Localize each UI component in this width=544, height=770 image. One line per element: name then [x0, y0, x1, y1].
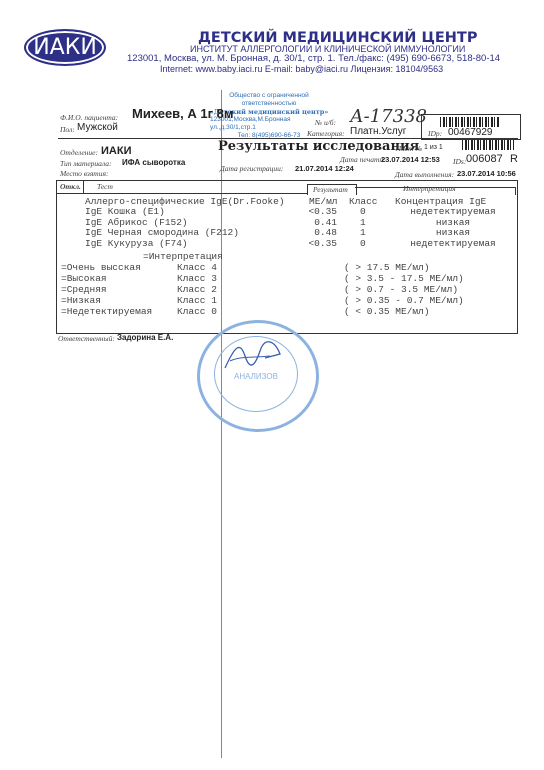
sheet-value: 1 из 1 [424, 144, 443, 151]
legend-range: ( > 3.5 - 17.5 МЕ/мл) [344, 273, 464, 284]
clinic-address: 123001, Москва, ул. М. Бронная, д. 30/1,… [127, 53, 500, 64]
signature [220, 336, 290, 376]
idr-box: IDр: 00467929 [421, 114, 521, 140]
legend-class: Класс 4 [177, 262, 217, 273]
legend-level: =Средняя [61, 284, 107, 295]
responsible-label: Ответственный: [58, 334, 115, 343]
test-interpretation: низкая [395, 227, 511, 238]
report-title: Результаты исследования [218, 139, 419, 154]
divider [83, 193, 307, 194]
test-name: IgE Черная смородина (F212) [85, 227, 239, 238]
legend-range: ( > 0.35 - 0.7 МЕ/мл) [344, 295, 464, 306]
dept-label: Отделение: [60, 148, 98, 157]
legend-range: ( > 17.5 МЕ/мл) [344, 262, 430, 273]
patient-sex-label: Пол: [60, 125, 75, 134]
col-interp-header: Интерпретация [355, 187, 516, 195]
legend-range: ( > 0.7 - 3.5 МЕ/мл) [344, 284, 458, 295]
col-mark-label: Откл. [60, 182, 81, 191]
legend-class: Класс 3 [177, 273, 217, 284]
ids-label: IDs: [453, 157, 466, 166]
dept: ИАКИ [101, 145, 131, 157]
reg-date-label: Дата регистрации: [220, 164, 283, 173]
ids-value: 006087 [466, 153, 503, 165]
legend-range: ( < 0.35 МЕ/мл) [344, 306, 430, 317]
sheet-label: Лист № [396, 144, 423, 153]
material: ИФА сыворотка [122, 158, 185, 167]
place-label: Место взятия: [60, 169, 108, 178]
logo-text: ИАКИ [33, 35, 97, 60]
legend-level: =Низкая [61, 295, 101, 306]
col-result-header: Результат [307, 184, 357, 195]
results-table: Откл. Тест Результат Интерпретация Аллер… [56, 180, 518, 334]
patient-name: Михеев, А 1г 8м [132, 106, 234, 121]
test-value: 0.41 [297, 217, 337, 228]
legend-class: Класс 2 [177, 284, 217, 295]
test-value: <0.35 [297, 238, 337, 249]
idr-value: 00467929 [448, 127, 493, 138]
print-date: 23.07.2014 12:53 [381, 155, 440, 164]
ids-suffix: R [510, 153, 518, 165]
test-class: 1 [360, 217, 366, 228]
barcode [440, 117, 500, 127]
legend-title: =Интерпретация [143, 251, 223, 262]
idr-label: IDр: [428, 129, 442, 138]
col-test-label: Тест [97, 182, 113, 191]
clinic-contacts: Internet: www.baby.iaci.ru E-mail: baby@… [160, 64, 443, 74]
done-date-label: Дата выполнения: [395, 170, 454, 179]
print-date-label: Дата печати: [340, 155, 386, 164]
test-value: 0.48 [297, 227, 337, 238]
legend-level: =Недетектируемая [61, 306, 152, 317]
category: Платн.Услуг [350, 126, 406, 137]
test-name: IgE Кукуруза (F74) [85, 238, 188, 249]
col-mark-header: Откл. [57, 181, 84, 194]
test-value: <0.35 [297, 206, 337, 217]
test-class: 0 [360, 206, 366, 217]
test-interpretation: недетектируемая [395, 206, 511, 217]
test-class: 0 [360, 238, 366, 249]
test-class: 1 [360, 227, 366, 238]
legend-level: =Высокая [61, 273, 107, 284]
col-interp-label: Интерпретация [403, 184, 456, 193]
test-interpretation: недетектируемая [395, 238, 511, 249]
iaki-logo: ИАКИ [24, 29, 106, 66]
test-name: IgE Кошка (E1) [85, 206, 165, 217]
material-label: Тип материала: [60, 159, 112, 168]
barcode [462, 140, 514, 150]
patient-sex: Мужской [77, 122, 118, 133]
test-interpretation: низкая [395, 217, 511, 228]
category-label: Категория: [307, 129, 345, 138]
legend-class: Класс 1 [177, 295, 217, 306]
card-number: А-17338 [350, 106, 427, 127]
responsible-name: Задорина Е.А. [117, 333, 173, 342]
card-number-label: № и/б: [315, 118, 336, 127]
test-name: IgE Абрикос (F152) [85, 217, 188, 228]
reg-date: 21.07.2014 12:24 [295, 164, 354, 173]
patient-name-label: Ф.И.О. пациента: [60, 113, 118, 122]
legend-level: =Очень высская [61, 262, 141, 273]
done-date: 23.07.2014 10:56 [457, 169, 516, 178]
col-result-label: Результат [313, 185, 348, 194]
legend-class: Класс 0 [177, 306, 217, 317]
